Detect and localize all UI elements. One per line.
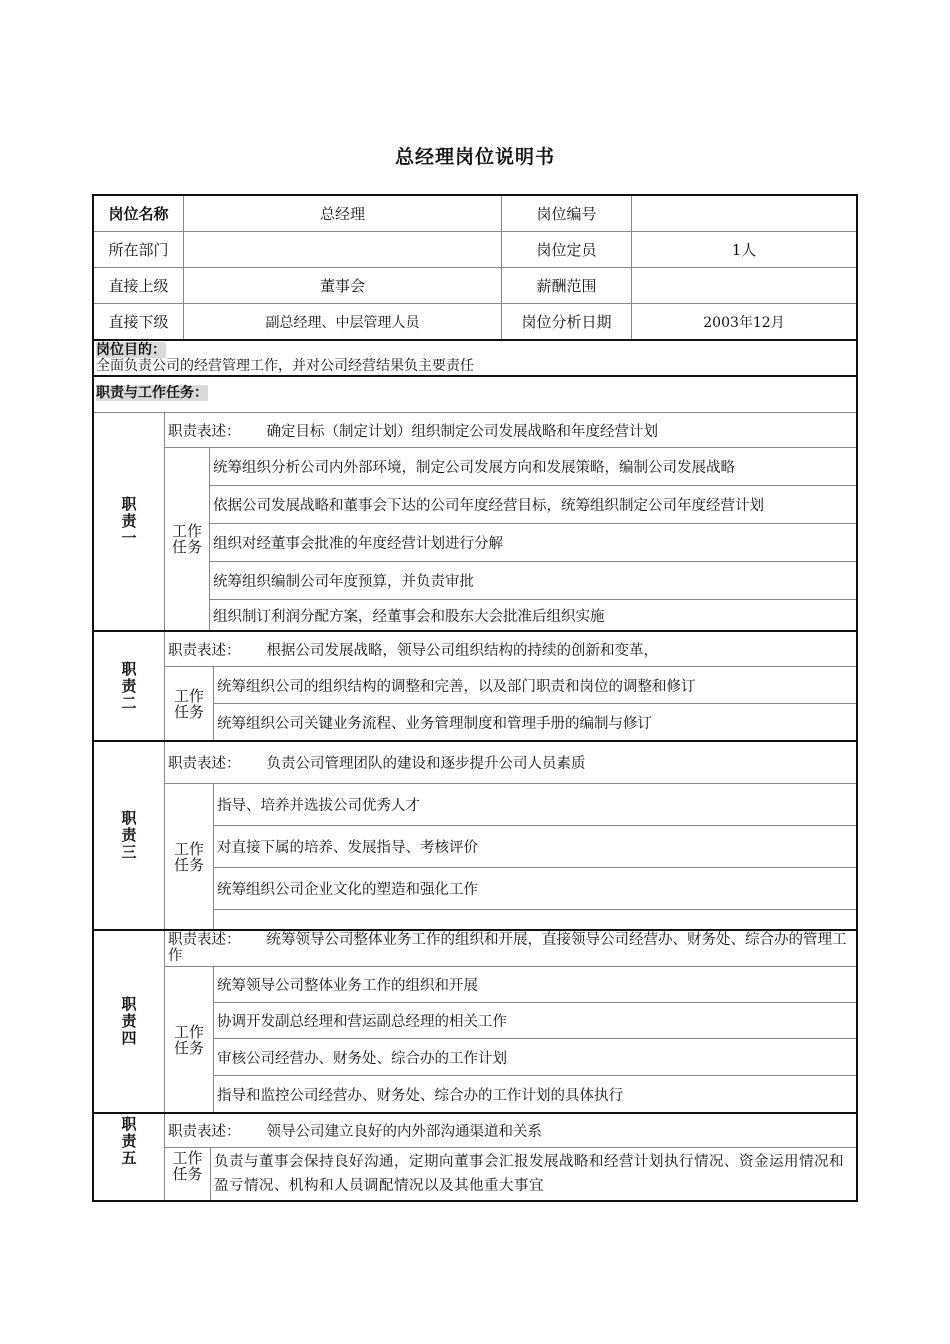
duty-3-summary: 职责表述： 负责公司管理团队的建设和逐步提升公司人员素质 — [165, 742, 856, 784]
duty-3-tasks-label: 工作任务 — [165, 784, 214, 929]
duty-1-task-3: 组织对经董事会批准的年度经营计划进行分解 — [210, 524, 856, 562]
duty-5: 职 责 五 职责表述： 领导公司建立良好的内外部沟通渠道和关系 工作任务 负责与… — [94, 1114, 856, 1200]
value-superior: 董事会 — [184, 268, 502, 303]
document-title: 总经理岗位说明书 — [0, 142, 950, 169]
duty-5-task-1: 负责与董事会保持良好沟通，定期向董事会汇报发展战略和经营计划执行情况、资金运用情… — [211, 1148, 856, 1200]
info-row-position-name: 岗位名称 总经理 岗位编号 — [94, 196, 856, 232]
label-headcount: 岗位定员 — [502, 232, 632, 267]
purpose-section: 岗位目的： 全面负责公司的经营管理工作，并对公司经营结果负主要责任 — [94, 341, 856, 377]
duty-4-tasks-label: 工作任务 — [165, 967, 214, 1112]
duty-2-task-2: 统筹组织公司关键业务流程、业务管理制度和管理手册的编制与修订 — [214, 704, 856, 740]
duty-3: 职 责 三 职责表述： 负责公司管理团队的建设和逐步提升公司人员素质 工作任务 … — [94, 742, 856, 931]
value-headcount: 1人 — [632, 232, 856, 267]
info-row-department: 所在部门 岗位定员 1人 — [94, 232, 856, 268]
duty-3-task-4 — [214, 910, 856, 929]
label-position-code: 岗位编号 — [502, 196, 632, 231]
duty-4-task-2: 协调开发副总经理和营运副总经理的相关工作 — [214, 1003, 856, 1039]
duty-1-tasks-label: 工作任务 — [165, 448, 210, 630]
label-subordinates: 直接下级 — [94, 304, 184, 339]
duty-1-task-1: 统筹组织分析公司内外部环境，制定公司发展方向和发展策略，编制公司发展战略 — [210, 448, 856, 486]
duty-2-tasks-label: 工作任务 — [165, 667, 214, 740]
duty-4-summary: 职责表述：统筹领导公司整体业务工作的组织和开展，直接领导公司经营办、财务处、综合… — [165, 931, 856, 967]
value-position-name: 总经理 — [184, 196, 502, 231]
value-department — [184, 232, 502, 267]
duties-section-label: 职责与工作任务： — [96, 385, 208, 401]
duties-section-header: 职责与工作任务： — [94, 377, 856, 413]
duty-3-task-3: 统筹组织公司企业文化的塑造和强化工作 — [214, 868, 856, 910]
duty-1: 职 责 一 职责表述： 确定目标（制定计划）组织制定公司发展战略和年度经营计划 … — [94, 413, 856, 632]
duty-1-label: 职 责 一 — [94, 413, 165, 630]
duty-3-label: 职 责 三 — [94, 742, 165, 929]
label-analysis-date: 岗位分析日期 — [502, 304, 632, 339]
value-salary-range — [632, 268, 856, 303]
label-salary-range: 薪酬范围 — [502, 268, 632, 303]
duty-1-task-2: 依据公司发展战略和董事会下达的公司年度经营目标，统筹组织制定公司年度经营计划 — [210, 486, 856, 524]
duty-1-task-5: 组织制订利润分配方案，经董事会和股东大会批准后组织实施 — [210, 600, 856, 630]
purpose-label: 岗位目的： — [96, 342, 166, 358]
duty-5-label: 职 责 五 — [94, 1114, 165, 1200]
value-subordinates: 副总经理、中层管理人员 — [184, 304, 502, 339]
duty-1-summary: 职责表述： 确定目标（制定计划）组织制定公司发展战略和年度经营计划 — [165, 413, 856, 448]
duty-2-label: 职 责 二 — [94, 632, 165, 740]
duty-4-task-1: 统筹领导公司整体业务工作的组织和开展 — [214, 967, 856, 1003]
value-analysis-date: 2003年12月 — [632, 304, 856, 339]
label-superior: 直接上级 — [94, 268, 184, 303]
duty-4-task-3: 审核公司经营办、财务处、综合办的工作计划 — [214, 1039, 856, 1076]
duty-4: 职 责 四 职责表述：统筹领导公司整体业务工作的组织和开展，直接领导公司经营办、… — [94, 931, 856, 1114]
value-position-code — [632, 196, 856, 231]
label-position-name: 岗位名称 — [94, 196, 184, 231]
duty-4-label: 职 责 四 — [94, 931, 165, 1112]
duty-5-summary: 职责表述： 领导公司建立良好的内外部沟通渠道和关系 — [165, 1114, 856, 1148]
info-row-subordinates: 直接下级 副总经理、中层管理人员 岗位分析日期 2003年12月 — [94, 304, 856, 341]
duty-3-task-1: 指导、培养并选拔公司优秀人才 — [214, 784, 856, 826]
info-row-superior: 直接上级 董事会 薪酬范围 — [94, 268, 856, 304]
duty-4-task-4: 指导和监控公司经营办、财务处、综合办的工作计划的具体执行 — [214, 1076, 856, 1112]
duty-1-task-4: 统筹组织编制公司年度预算，并负责审批 — [210, 562, 856, 600]
duty-5-tasks-label: 工作任务 — [165, 1148, 211, 1200]
duty-3-task-2: 对直接下属的培养、发展指导、考核评价 — [214, 826, 856, 868]
duty-2-task-1: 统筹组织公司的组织结构的调整和完善，以及部门职责和岗位的调整和修订 — [214, 667, 856, 704]
job-description-table: 岗位名称 总经理 岗位编号 所在部门 岗位定员 1人 直接上级 董事会 薪酬范围… — [92, 194, 858, 1202]
purpose-text: 全面负责公司的经营管理工作，并对公司经营结果负主要责任 — [96, 358, 854, 374]
label-department: 所在部门 — [94, 232, 184, 267]
duty-2: 职 责 二 职责表述： 根据公司发展战略，领导公司组织结构的持续的创新和变革， … — [94, 632, 856, 742]
duty-2-summary: 职责表述： 根据公司发展战略，领导公司组织结构的持续的创新和变革， — [165, 632, 856, 667]
